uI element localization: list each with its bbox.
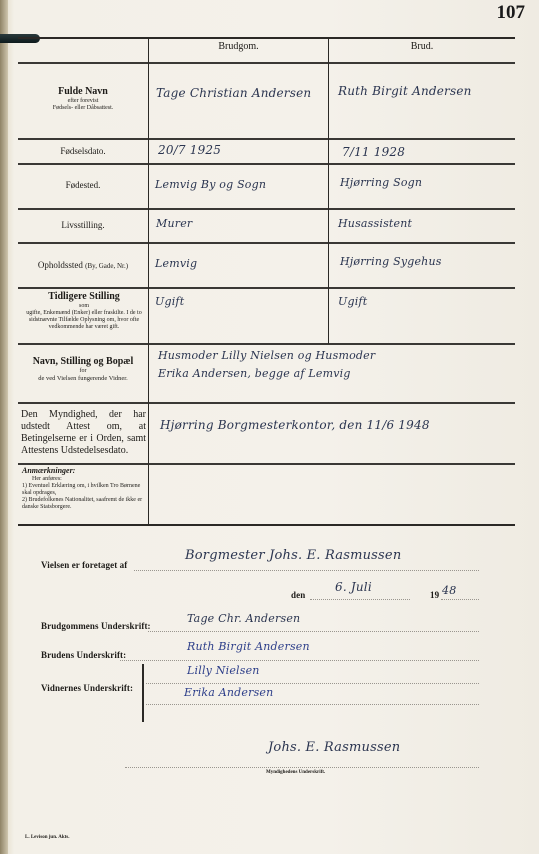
performed-by-line: [134, 570, 479, 571]
authority-signature-line: [125, 767, 479, 768]
authority-signature-label: Myndighedens Underskrift.: [266, 770, 325, 775]
printer-imprint: L. Levison jun. Akts.: [25, 835, 69, 840]
label-prior-status: Tidligere Stilling som ugifte, Enkemænd …: [22, 291, 146, 331]
label-residence: Opholdssted (By, Gade, Nr.): [18, 260, 148, 270]
row-divider: [18, 287, 515, 289]
table-top-rule: [18, 37, 515, 39]
groom-signature-label: Brudgommens Underskrift:: [41, 621, 151, 631]
label-occupation: Livsstilling.: [18, 220, 148, 230]
table-bottom-rule: [18, 524, 515, 526]
bride-occupation: Husassistent: [338, 217, 412, 230]
authority-value: Hjørring Borgmesterkontor, den 11/6 1948: [160, 418, 430, 432]
row-divider: [18, 242, 515, 244]
year-prefix: 19: [430, 590, 439, 600]
year-suffix: 48: [442, 584, 456, 597]
column-header-bride: Brud.: [329, 41, 515, 52]
bride-signature: Ruth Birgit Andersen: [187, 640, 310, 653]
bride-signature-label: Brudens Underskrift:: [41, 650, 126, 660]
groom-birth-date: 20/7 1925: [158, 143, 221, 157]
witnesses-signature-label: Vidnernes Underskrift:: [41, 683, 133, 693]
groom-birth-place: Lemvig By og Sogn: [155, 178, 266, 191]
bride-prior-status: Ugift: [338, 295, 367, 308]
performed-by-label: Vielsen er foretaget af: [41, 560, 127, 570]
groom-prior-status: Ugift: [155, 295, 184, 308]
bride-birth-place: Hjørring Sogn: [340, 176, 422, 189]
ceremony-date: 6. Juli: [335, 580, 372, 594]
row-divider: [18, 138, 515, 140]
witness-1-line: [146, 683, 479, 684]
witnesses-line-2: Erika Andersen, begge af Lemvig: [158, 367, 351, 380]
groom-signature-line: [148, 631, 479, 632]
bride-full-name: Ruth Birgit Andersen: [338, 84, 472, 98]
groom-signature: Tage Chr. Andersen: [187, 612, 300, 625]
bride-residence: Hjørring Sygehus: [340, 255, 442, 268]
witness-bracket: [142, 664, 144, 722]
register-page: 107 Brudgom. Brud. Fulde Navn efter fore…: [0, 0, 539, 854]
performed-by-value: Borgmester Johs. E. Rasmussen: [185, 548, 401, 563]
witness-2-signature: Erika Andersen: [184, 686, 273, 699]
column-divider: [148, 38, 149, 525]
witness-2-line: [146, 704, 479, 705]
row-divider: [18, 402, 515, 404]
groom-occupation: Murer: [156, 217, 192, 230]
label-birth-date: Fødselsdato.: [18, 146, 148, 156]
witnesses-line-1: Husmoder Lilly Nielsen og Husmoder: [158, 349, 375, 362]
row-divider: [18, 208, 515, 210]
bride-signature-line: [120, 660, 479, 661]
date-line: [310, 599, 410, 600]
page-number: 107: [497, 2, 526, 24]
bride-birth-date: 7/11 1928: [342, 145, 405, 159]
label-witnesses: Navn, Stilling og Bopæl for de ved Viels…: [18, 356, 148, 382]
column-divider: [328, 38, 329, 344]
den-label: den: [291, 590, 305, 600]
groom-residence: Lemvig: [155, 257, 197, 270]
row-divider: [18, 343, 515, 345]
groom-full-name: Tage Christian Andersen: [156, 86, 311, 100]
row-divider: [18, 62, 515, 64]
book-spine: [0, 0, 8, 854]
label-remarks: Anmærkninger: Her anføres: 1) Eventuel E…: [22, 466, 146, 512]
row-divider: [18, 163, 515, 165]
label-birth-place: Fødested.: [18, 180, 148, 190]
witness-1-signature: Lilly Nielsen: [187, 664, 260, 677]
column-header-groom: Brudgom.: [149, 41, 328, 52]
authority-signature: Johs. E. Rasmussen: [268, 740, 400, 755]
year-line: [441, 599, 479, 600]
label-full-name: Fulde Navn efter forevist Fødsels- eller…: [18, 86, 148, 112]
label-authority: Den Myndighed, der har udstedt Attest om…: [21, 409, 146, 457]
row-divider: [18, 463, 515, 465]
